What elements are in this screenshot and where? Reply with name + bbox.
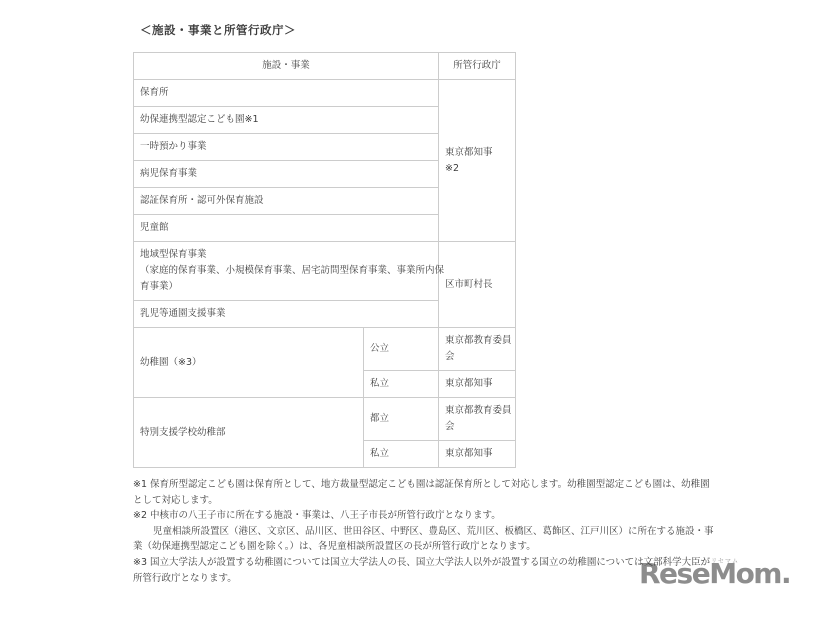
facility-line: 育事業）	[140, 279, 432, 295]
page-title: ＜施設・事業と所管行政庁＞	[140, 22, 296, 38]
agency-line: 会	[445, 349, 509, 365]
table-row: 幼稚園（※3） 公立 東京都教育委員 会	[134, 328, 516, 371]
table-header-row: 施設・事業 所管行政庁	[134, 53, 516, 80]
agency-line: 会	[445, 419, 509, 435]
subtype-cell: 私立	[364, 371, 439, 398]
facility-cell: 認証保育所・認可外保育施設	[134, 188, 439, 215]
agency-line: 東京都教育委員	[445, 333, 509, 349]
facility-cell: 乳児等通園支援事業	[134, 301, 439, 328]
header-facility: 施設・事業	[134, 53, 439, 80]
footnote-line: 所管行政庁となります。	[133, 571, 733, 587]
footnote-line: 児童相談所設置区（港区、文京区、品川区、世田谷区、中野区、豊島区、荒川区、板橋区…	[133, 524, 733, 540]
agency-cell: 東京都教育委員 会	[439, 398, 516, 441]
agency-note-ref: ※2	[445, 161, 509, 177]
facility-cell: 一時預かり事業	[134, 134, 439, 161]
footnote-line: ※3 国立大学法人が設置する幼稚園については国立大学法人の長、国立大学法人以外が…	[133, 555, 733, 571]
agency-cell-municipal-mayor: 区市町村長	[439, 242, 516, 328]
agency-name: 東京都知事	[445, 145, 509, 161]
facility-cell-special-school: 特別支援学校幼稚部	[134, 398, 364, 468]
footnotes: ※1 保育所型認定こども園は保育所として、地方裁量型認定こども園は認証保育所とし…	[133, 477, 733, 586]
table-row: 特別支援学校幼稚部 都立 東京都教育委員 会	[134, 398, 516, 441]
facility-cell: 病児保育事業	[134, 161, 439, 188]
footnote-line: ※1 保育所型認定こども園は保育所として、地方裁量型認定こども園は認証保育所とし…	[133, 477, 733, 493]
header-agency: 所管行政庁	[439, 53, 516, 80]
agency-cell: 東京都教育委員 会	[439, 328, 516, 371]
facility-line: （家庭的保育事業、小規模保育事業、居宅訪問型保育事業、事業所内保	[140, 263, 432, 279]
facility-cell: 保育所	[134, 80, 439, 107]
facility-cell: 幼保連携型認定こども園※1	[134, 107, 439, 134]
footnote-line: として対応します。	[133, 493, 733, 509]
footnote-line: ※2 中核市の八王子市に所在する施設・事業は、八王子市長が所管行政庁となります。	[133, 508, 733, 524]
document-page: ＜施設・事業と所管行政庁＞ 施設・事業 所管行政庁 保育所 東京都知事 ※2 幼…	[0, 0, 826, 620]
subtype-cell: 私立	[364, 441, 439, 468]
agency-cell-tokyo-governor: 東京都知事 ※2	[439, 80, 516, 242]
facility-line: 地域型保育事業	[140, 247, 432, 263]
facility-cell-regional-childcare: 地域型保育事業 （家庭的保育事業、小規模保育事業、居宅訪問型保育事業、事業所内保…	[134, 242, 439, 301]
footnote-line: 業（幼保連携型認定こども園を除く。）は、各児童相談所設置区の長が所管行政庁となり…	[133, 539, 733, 555]
agency-line: 東京都教育委員	[445, 403, 509, 419]
table-row: 地域型保育事業 （家庭的保育事業、小規模保育事業、居宅訪問型保育事業、事業所内保…	[134, 242, 516, 301]
subtype-cell: 公立	[364, 328, 439, 371]
table-row: 保育所 東京都知事 ※2	[134, 80, 516, 107]
facility-cell: 児童館	[134, 215, 439, 242]
facility-agency-table: 施設・事業 所管行政庁 保育所 東京都知事 ※2 幼保連携型認定こども園※1 一…	[133, 52, 516, 468]
facility-cell-kindergarten: 幼稚園（※3）	[134, 328, 364, 398]
agency-cell: 東京都知事	[439, 371, 516, 398]
agency-cell: 東京都知事	[439, 441, 516, 468]
subtype-cell: 都立	[364, 398, 439, 441]
